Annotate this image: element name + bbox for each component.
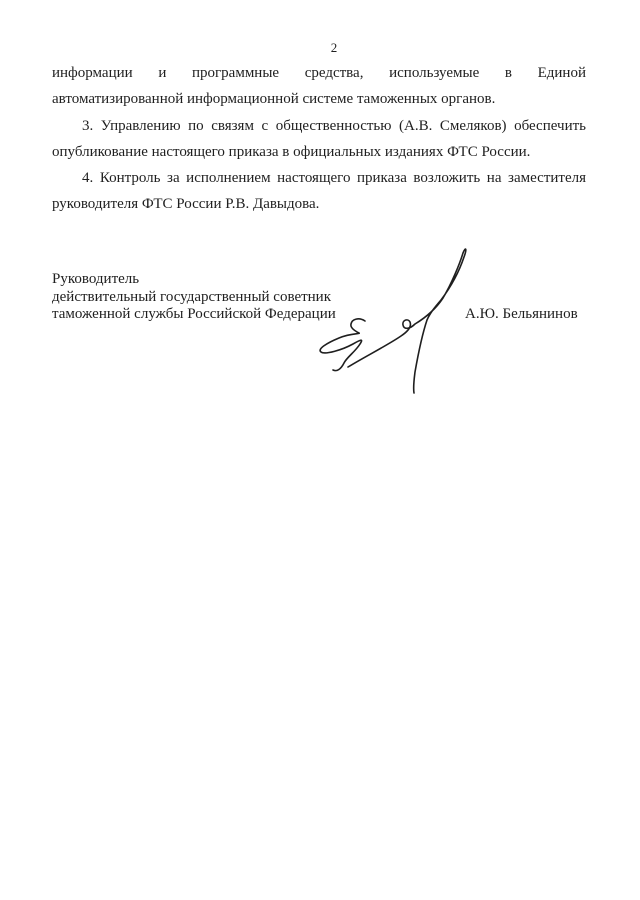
numbered-item-4-line-1: 4. Контроль за исполнением настоящего пр… xyxy=(52,165,586,191)
paragraph-continuation-line-1: информации и программные средства, испол… xyxy=(52,60,586,86)
numbered-item-3-line-1: 3. Управлению по связям с общественность… xyxy=(52,113,586,139)
page-number: 2 xyxy=(28,41,640,54)
document-page: 2 информации и программные средства, исп… xyxy=(0,0,640,900)
signer-position: Руководитель xyxy=(52,271,336,289)
handwritten-signature xyxy=(318,242,470,398)
paragraph-continuation-line-2: автоматизированной информационной систем… xyxy=(52,86,586,112)
signer-rank-line-2: таможенной службы Российской Федерации xyxy=(52,306,336,324)
numbered-item-4-line-2: руководителя ФТС России Р.В. Давыдова. xyxy=(52,191,586,217)
signature-title-block: Руководитель действительный государствен… xyxy=(52,271,336,324)
document-body: информации и программные средства, испол… xyxy=(52,60,586,218)
signer-name: А.Ю. Бельянинов xyxy=(465,306,578,324)
numbered-item-3-line-2: опубликование настоящего приказа в офици… xyxy=(52,139,586,165)
signer-rank-line-1: действительный государственный советник xyxy=(52,289,336,307)
